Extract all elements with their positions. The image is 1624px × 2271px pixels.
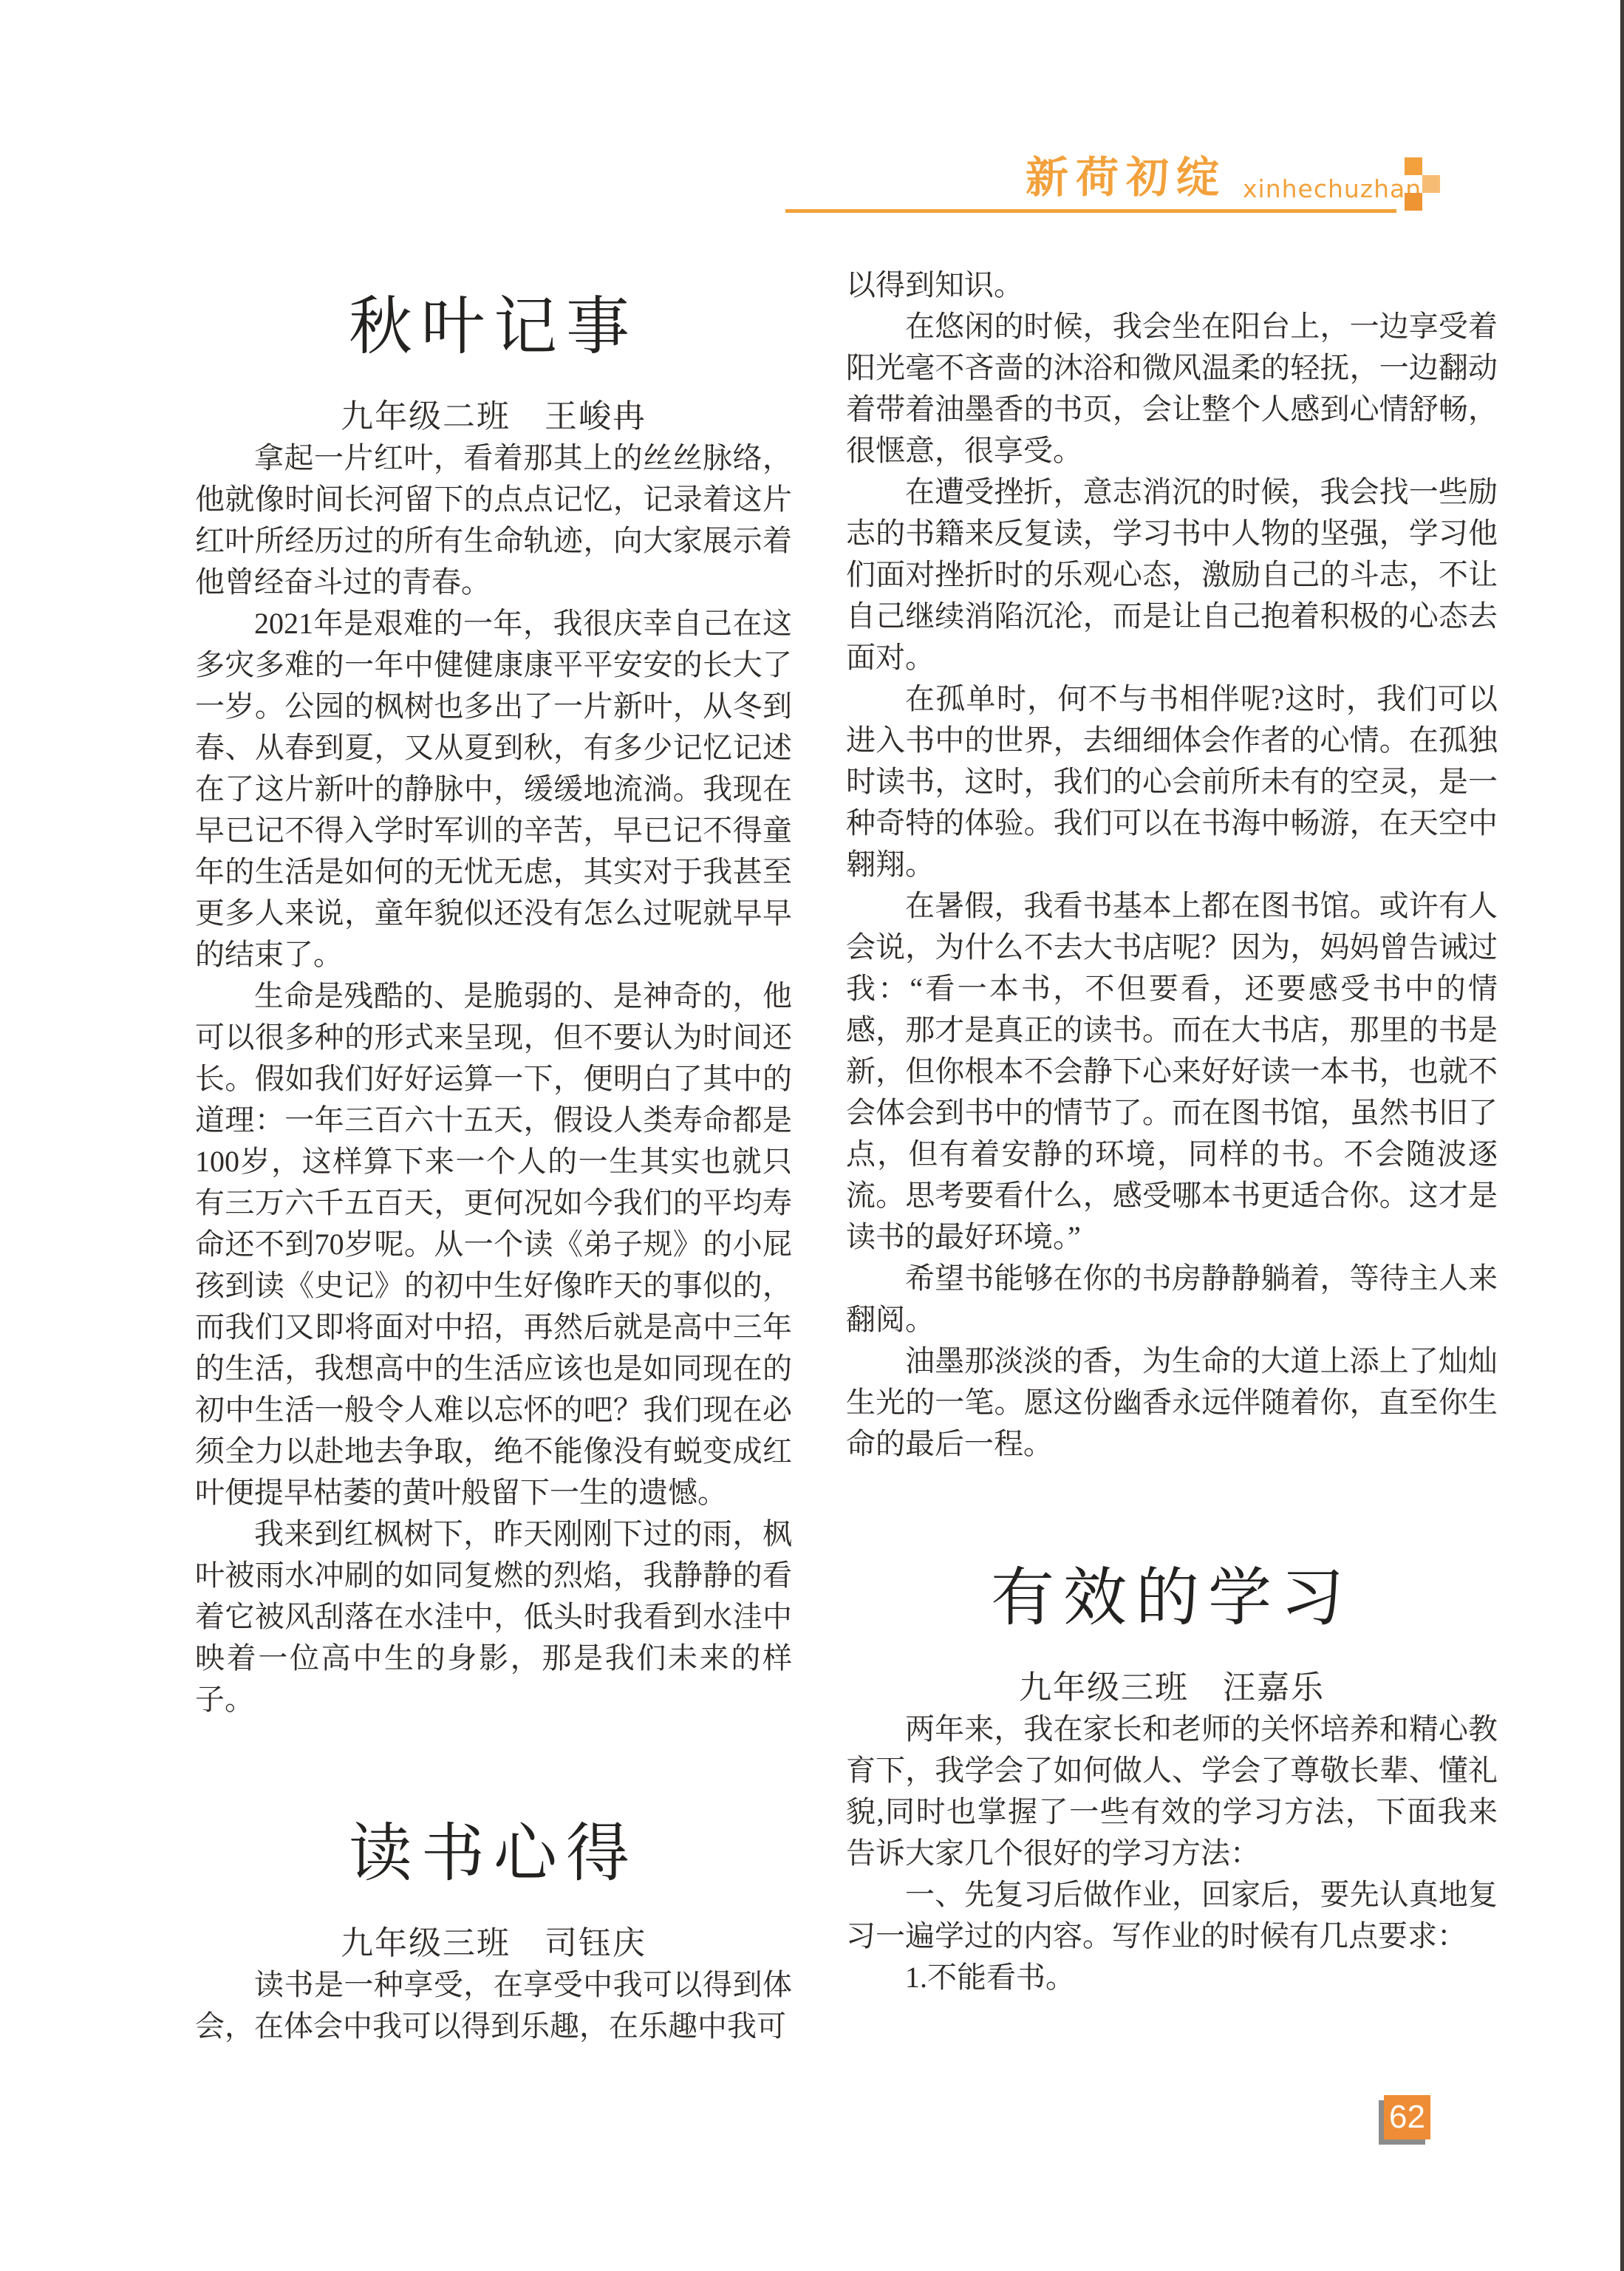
section-brand-title: 新荷初绽 <box>1026 151 1226 203</box>
left-column: 秋叶记事 九年级二班 王峻冉 拿起一片红叶，看着那其上的丝丝脉络，他就像时间长河… <box>195 288 792 2047</box>
paragraph: 1.不能看书。 <box>846 1957 1498 1998</box>
article-autumn-leaves: 秋叶记事 九年级二班 王峻冉 拿起一片红叶，看着那其上的丝丝脉络，他就像时间长河… <box>195 288 792 1720</box>
pixel-square-icon <box>1405 157 1422 175</box>
paragraph: 两年来，我在家长和老师的关怀培养和精心教育下，我学会了如何做人、学会了尊敬长辈、… <box>846 1709 1498 1874</box>
paragraph: 我来到红枫树下，昨天刚刚下过的雨，枫叶被雨水冲刷的如同复燃的烈焰，我静静的看着它… <box>195 1514 792 1720</box>
article-title: 秋叶记事 <box>195 288 792 365</box>
article-author: 九年级三班 司钰庆 <box>195 1923 792 1964</box>
paragraph: 在暑假，我看书基本上都在图书馆。或许有人会说，为什么不去大书店呢？因为，妈妈曾告… <box>846 885 1498 1258</box>
paragraph: 生命是残酷的、是脆弱的、是神奇的，他可以很多种的形式来呈现，但不要认为时间还长。… <box>195 976 792 1514</box>
right-column: 以得到知识。 在悠闲的时候，我会坐在阳台上，一边享受着阳光毫不吝啬的沐浴和微风温… <box>846 265 1498 1998</box>
article-effective-learning: 有效的学习 九年级三班 汪嘉乐 两年来，我在家长和老师的关怀培养和精心教育下，我… <box>846 1559 1498 1998</box>
paragraph: 拿起一片红叶，看着那其上的丝丝脉络，他就像时间长河留下的点点记忆，记录着这片红叶… <box>195 437 792 603</box>
paragraph: 读书是一种享受，在享受中我可以得到体会，在体会中我可以得到乐趣，在乐趣中我可 <box>195 1964 792 2047</box>
header-divider <box>785 209 1396 213</box>
article-author: 九年级三班 汪嘉乐 <box>846 1667 1498 1709</box>
paragraph: 希望书能够在你的书房静静躺着，等待主人来翻阅。 <box>846 1258 1498 1341</box>
paragraph: 在悠闲的时候，我会坐在阳台上，一边享受着阳光毫不吝啬的沐浴和微风温柔的轻抚，一边… <box>846 306 1498 471</box>
page-number-badge: 62 <box>1384 2095 1430 2139</box>
section-brand-pinyin: xinhechuzhan <box>1243 174 1422 204</box>
paragraph: 油墨那淡淡的香，为生命的大道上添上了灿灿生光的一笔。愿这份幽香永远伴随着你，直至… <box>846 1341 1498 1465</box>
pixel-square-icon <box>1422 175 1440 193</box>
pixel-square-icon <box>1405 193 1422 211</box>
paragraph: 2021年是艰难的一年，我很庆幸自己在这多灾多难的一年中健健康康平平安安的长大了… <box>195 603 792 976</box>
page-edge <box>1620 0 1624 2271</box>
magazine-page: 新荷初绽 xinhechuzhan 秋叶记事 九年级二班 王峻冉 拿起一片红叶，… <box>0 0 1624 2271</box>
article-reading-notes: 读书心得 九年级三班 司钰庆 读书是一种享受，在享受中我可以得到体会，在体会中我… <box>195 1815 792 2047</box>
article-author: 九年级二班 王峻冉 <box>195 396 792 437</box>
article-reading-notes-continued: 以得到知识。 在悠闲的时候，我会坐在阳台上，一边享受着阳光毫不吝啬的沐浴和微风温… <box>846 265 1498 1465</box>
paragraph: 以得到知识。 <box>846 265 1498 306</box>
article-title: 读书心得 <box>195 1815 792 1892</box>
paragraph: 在遭受挫折，意志消沉的时候，我会找一些励志的书籍来反复读，学习书中人物的坚强，学… <box>846 471 1498 678</box>
paragraph: 一、先复习后做作业，回家后，要先认真地复习一遍学过的内容。写作业的时候有几点要求… <box>846 1874 1498 1957</box>
article-title: 有效的学习 <box>846 1559 1498 1636</box>
paragraph: 在孤单时，何不与书相伴呢?这时，我们可以进入书中的世界，去细细体会作者的心情。在… <box>846 678 1498 885</box>
